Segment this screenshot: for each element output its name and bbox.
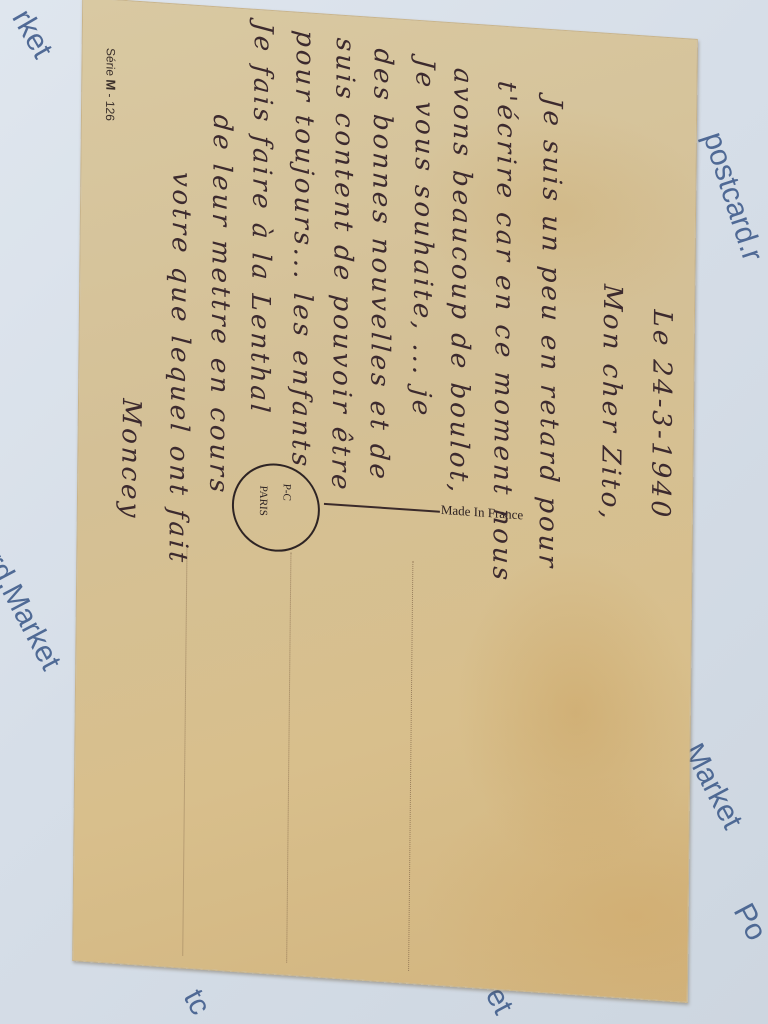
series-letter: M bbox=[103, 79, 118, 91]
address-dotted-line bbox=[286, 553, 291, 963]
handwritten-line: des bonnes nouvelles et de bbox=[363, 48, 398, 483]
handwritten-line: Le 24-3-1940 bbox=[645, 309, 677, 521]
stamp-circle: P-C PARIS bbox=[231, 461, 320, 555]
handwritten-line: Moncey bbox=[115, 398, 146, 522]
handwritten-line: de leur mettre en cours bbox=[203, 114, 237, 497]
handwritten-message: Le 24-3-1940Mon cher Zito,Je suis un peu… bbox=[83, 0, 697, 40]
handwritten-line: suis content de pouvoir être bbox=[325, 37, 360, 494]
series-number: - 126 bbox=[103, 93, 117, 121]
stamp-top-text: P-C bbox=[281, 483, 293, 501]
series-text: Série bbox=[103, 48, 117, 77]
address-dotted-line bbox=[182, 546, 187, 956]
address-dotted-line bbox=[408, 561, 413, 971]
handwritten-line: avons beaucoup de boulot, bbox=[443, 67, 477, 496]
watermark-text: Po bbox=[726, 898, 768, 946]
postcard: Série M - 126 P-C PARIS Made In France L… bbox=[72, 0, 698, 1003]
handwritten-line: votre que lequel ont fait bbox=[162, 171, 196, 566]
handwritten-line: pour toujours... les enfants bbox=[285, 29, 320, 470]
handwritten-line: Je vous souhaite, ... je bbox=[406, 57, 440, 419]
handwritten-line: Je suis un peu en retard pour bbox=[532, 96, 567, 571]
handwritten-line: Mon cher Zito, bbox=[595, 283, 627, 522]
divider-line bbox=[324, 503, 440, 512]
address-lines bbox=[83, 0, 697, 40]
series-label: Série M - 126 bbox=[103, 48, 119, 122]
stamp-bottom-text: PARIS bbox=[257, 485, 269, 516]
handwritten-line: Je fais faire à la Lenthal bbox=[244, 21, 278, 416]
watermark-text: postcard.r bbox=[696, 128, 768, 265]
watermark-text: rd.Market bbox=[0, 548, 67, 676]
watermark-text: tc bbox=[176, 984, 217, 1021]
watermark-text: rket bbox=[5, 4, 59, 64]
handwritten-line: t'écrire car en ce moment nous bbox=[486, 80, 521, 584]
